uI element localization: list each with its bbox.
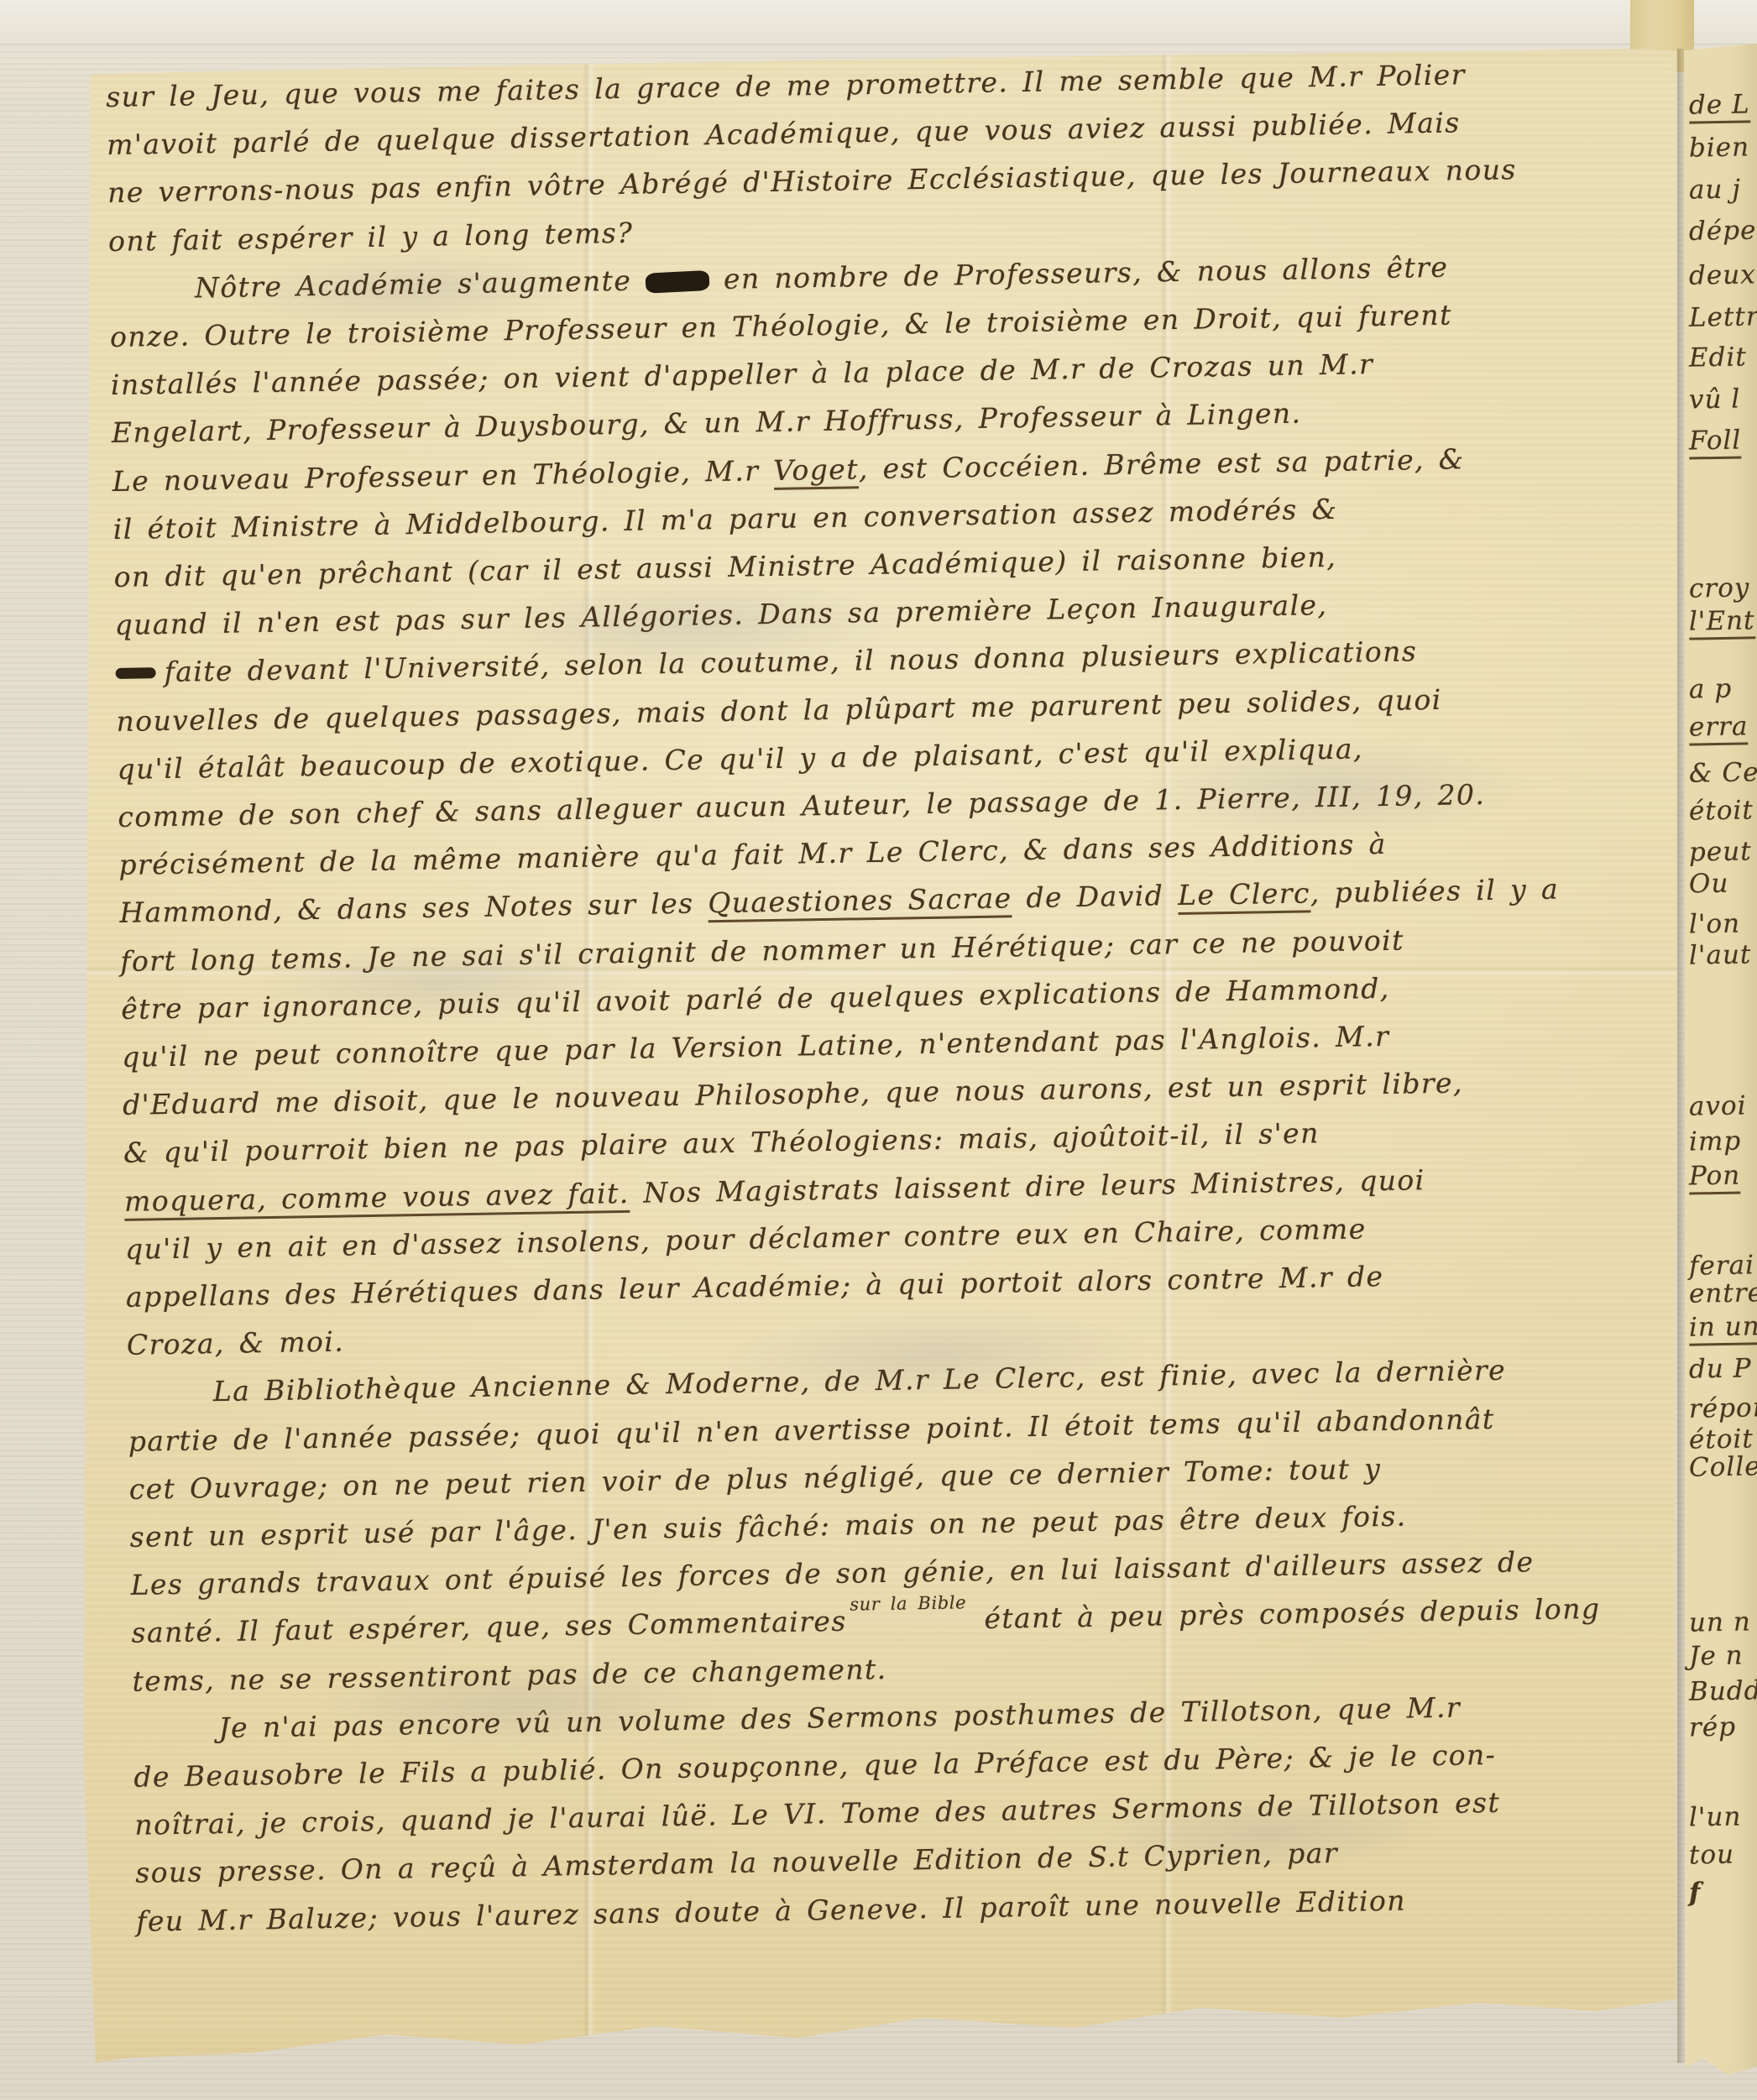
page2-text-fragment: ferai — [1689, 1250, 1755, 1281]
manuscript-scan: { "document": { "language": "French", "k… — [0, 0, 1757, 2100]
page2-text-fragment: & Ce — [1689, 757, 1757, 788]
page2-text-fragment: f — [1689, 1878, 1702, 1908]
page2-text-fragment: tou — [1689, 1840, 1735, 1871]
page2-text-fragment: l'Ent — [1689, 605, 1755, 640]
page2-text-fragment: Foll — [1689, 425, 1742, 459]
page2-text-fragment: de L — [1689, 89, 1750, 123]
page2-text-fragment: Ou — [1689, 869, 1729, 900]
page2-text-fragment: l'on — [1689, 908, 1741, 939]
page2-text-fragment: l'un — [1689, 1801, 1742, 1832]
page2-text-fragment: dépen — [1689, 215, 1757, 247]
page2-text-fragment: du P — [1689, 1353, 1752, 1384]
page2-text-fragment: deux — [1689, 259, 1756, 290]
page2-text-fragment: a p — [1689, 674, 1733, 705]
page2-text-fragment: répon — [1689, 1392, 1757, 1424]
manuscript-page-2-fragments: de Lbienau jdépendeuxLettrEditvû lFollcr… — [0, 0, 1757, 2100]
page2-text-fragment: Colle — [1689, 1451, 1757, 1482]
page2-text-fragment: Lettr — [1689, 301, 1757, 332]
page2-text-fragment: vû l — [1689, 384, 1741, 415]
page2-text-fragment: in un — [1689, 1311, 1757, 1345]
page2-text-fragment: étoit — [1689, 795, 1754, 826]
page2-text-fragment: croy — [1689, 572, 1750, 603]
page2-text-fragment: Pon — [1689, 1160, 1741, 1194]
page2-text-fragment: avoi — [1689, 1090, 1747, 1121]
page2-text-fragment: rép — [1689, 1712, 1737, 1743]
page2-text-fragment: Edit — [1689, 342, 1747, 373]
page2-text-fragment: bien — [1689, 132, 1750, 163]
page2-text-fragment: au j — [1689, 174, 1742, 205]
page2-text-fragment: Je n — [1689, 1640, 1744, 1671]
page2-text-fragment: imp — [1689, 1126, 1742, 1157]
page2-text-fragment: Budd — [1689, 1675, 1757, 1707]
page2-text-fragment: peut — [1689, 836, 1752, 867]
page2-text-fragment: entre — [1689, 1277, 1757, 1309]
page2-text-fragment: erra — [1689, 711, 1749, 745]
page2-text-fragment: l'aut — [1689, 939, 1752, 970]
page2-text-fragment: étoit — [1689, 1424, 1754, 1455]
page2-text-fragment: un n — [1689, 1606, 1751, 1638]
